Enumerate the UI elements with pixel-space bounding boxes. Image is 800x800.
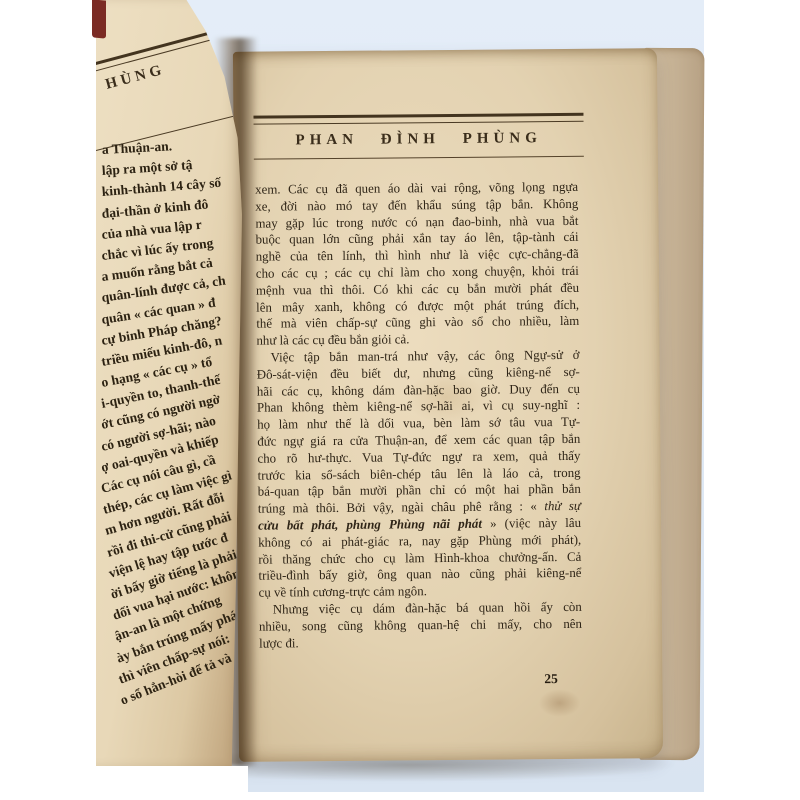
text-line: thế mà viên chấp-sự cũng ghi vào sổ cho … [256,313,579,333]
right-page: PHAN ĐÌNH PHÙNG xem. Các cụ đã quen áo d… [233,48,663,762]
text-segment: Đô-sát-viện đều biết dư, nhưng cũng kiên… [257,365,580,382]
paragraph: Việc tập bắn man-trá như vậy, các ông Ng… [257,347,582,602]
text-segment: thế mà viên chấp-sự cũng ghi vào sổ cho … [256,314,579,331]
text-segment: hãi các cụ, không dám đàn-hặc bao giờ. D… [257,381,580,398]
text-segment: cụ về tính cương-trực cảm ngôn. [259,584,427,599]
text-line: lược đi. [259,632,582,652]
page-number: 25 [544,671,558,687]
text-line: triều-đình bấy giờ, ông quan nào cũng ph… [258,565,581,585]
header-rule-bottom [254,156,584,160]
text-segment: nhiều, song cũng không quan-hệ chi mấy, … [259,617,582,634]
paper-stain [538,689,580,717]
body-text: xem. Các cụ đã quen áo dài vai rộng, võn… [255,179,582,652]
left-page-curled: HÙNG a Thuận-an.lập ra một sở tậkinh-thà… [96,0,242,766]
text-segment: như là các cụ đều bắn giỏi cả. [256,333,409,348]
text-segment: rồi thăng chức cho cụ làm Hình-khoa chưở… [258,549,581,566]
paragraph: xem. Các cụ đã quen áo dài vai rộng, võn… [255,179,579,350]
text-segment: mệnh vua thì thôi. Có khi các cụ bắn mườ… [256,281,579,298]
header-rule-top [253,113,583,125]
photo-matte-bottom-left [0,766,248,800]
text-segment: nghề của tên lính, thì hình như là việc … [256,247,579,264]
text-line: nhiều, song cũng không quan-hệ chi mấy, … [259,616,582,636]
book-cover-sliver [92,0,106,39]
text-segment: đức ngự giá ra cửa Thuận-an, để xem các … [257,432,580,449]
text-segment: triều-đình bấy giờ, ông quan nào cũng ph… [258,566,581,583]
text-segment: trước kia sổ-sách biên-chép tâu lên là l… [258,465,581,482]
text-segment: bá-quan tập bắn mười phần chỉ có một hai… [258,482,581,499]
text-segment: cho các cụ ; các cụ chỉ làm cho xong chu… [256,264,579,281]
text-segment: cửu bất phát, phùng Phùng nãi phát [258,517,482,533]
page-title: PHAN ĐÌNH PHÙNG [254,130,584,150]
book-photo: PHAN ĐÌNH PHÙNG xem. Các cụ đã quen áo d… [0,0,800,800]
left-page-fragments: a Thuận-an.lập ra một sở tậkinh-thành 14… [102,142,242,714]
text-segment: » (việc này lâu [482,516,581,531]
text-segment: lên mây xanh, không có được một phát trú… [256,297,579,314]
text-segment: Nhưng việc cụ dám đàn-hặc bá quan hồi ấy… [273,600,582,617]
text-segment: Việc tập bắn man-trá như vậy, các ông Ng… [271,348,580,365]
text-segment: buộc quan lớn cũng phải xắn tay áo lên, … [255,230,578,247]
text-segment: cho rõ hư-thực. Vua Tự-đức ngự ra xem, q… [257,449,580,466]
text-segment: xem. Các cụ đã quen áo dài vai rộng, võn… [255,180,578,197]
running-header: PHAN ĐÌNH PHÙNG [253,113,583,160]
text-segment: trúng mà thôi. Bởi vậy, ngài châu phê rằ… [258,499,545,515]
text-segment: thử sự [544,499,581,513]
text-segment: xe, đời nào mó tay đến khẩu súng tập bắn… [255,197,578,214]
text-segment: may gặp lúc trong nước có nạn đao-binh, … [255,213,578,230]
text-segment: không có ai phát-giác ra, nay gặp Phùng … [258,533,581,550]
text-segment: họ làm như thế là dối vua, bèn làm sớ tâ… [257,415,580,432]
text-segment: lược đi. [259,636,299,650]
text-segment: Phan không thèm kiêng-nể sợ-hãi ai, vì c… [257,398,580,415]
paragraph: Nhưng việc cụ dám đàn-hặc bá quan hồi ấy… [259,599,582,652]
